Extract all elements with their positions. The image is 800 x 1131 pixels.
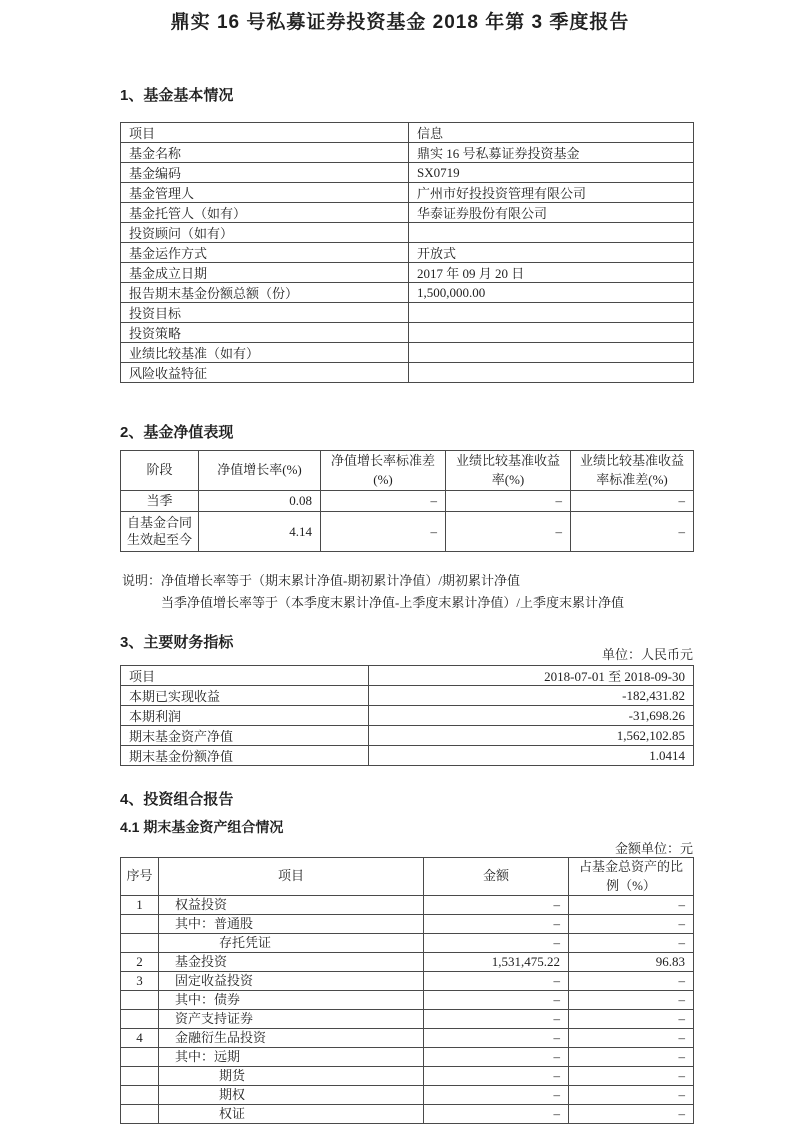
cell-value: 1.0414 bbox=[369, 746, 694, 766]
cell-label: 本期利润 bbox=[121, 706, 369, 726]
cell-item: 固定收益投资 bbox=[159, 972, 424, 991]
nav-note: 说明： 净值增长率等于（期末累计净值-期初累计净值）/期初累计净值 当季净值增长… bbox=[122, 570, 624, 614]
currency-unit-label: 单位：人民币元 bbox=[602, 644, 693, 663]
column-header: 业绩比较基准收益率标准差(%) bbox=[571, 451, 694, 491]
cell-value bbox=[409, 223, 694, 243]
portfolio-composition-table: 序号 项目 金额 占基金总资产的比例（%） 1权益投资–– 其中：普通股–– 存… bbox=[120, 857, 694, 1124]
report-page: { "page": { "title": "鼎实 16 号私募证券投资基金 20… bbox=[0, 0, 800, 1131]
table-row: 投资目标 bbox=[121, 303, 694, 323]
cell-benchmark-std: – bbox=[571, 512, 694, 552]
cell-no bbox=[121, 991, 159, 1010]
cell-value: 鼎实 16 号私募证券投资基金 bbox=[409, 143, 694, 163]
column-header: 净值增长率(%) bbox=[199, 451, 321, 491]
table-row: 期末基金份额净值1.0414 bbox=[121, 746, 694, 766]
cell-no bbox=[121, 1067, 159, 1086]
cell-no bbox=[121, 1048, 159, 1067]
table-row: 项目2018-07-01 至 2018-09-30 bbox=[121, 666, 694, 686]
section-4-1-subheading: 4.1 期末基金资产组合情况 bbox=[120, 817, 283, 837]
cell-item: 其中：债券 bbox=[159, 991, 424, 1010]
cell-no bbox=[121, 915, 159, 934]
cell-no bbox=[121, 1010, 159, 1029]
cell-ratio: – bbox=[569, 1048, 694, 1067]
amount-unit-label: 金额单位：元 bbox=[615, 838, 693, 857]
cell-item: 期货 bbox=[159, 1067, 424, 1086]
cell-no bbox=[121, 1105, 159, 1124]
table-row: 存托凭证–– bbox=[121, 934, 694, 953]
cell-item: 权证 bbox=[159, 1105, 424, 1124]
table-row: 业绩比较基准（如有） bbox=[121, 343, 694, 363]
cell-value: 信息 bbox=[409, 123, 694, 143]
cell-item: 其中：普通股 bbox=[159, 915, 424, 934]
cell-no: 4 bbox=[121, 1029, 159, 1048]
cell-item: 存托凭证 bbox=[159, 934, 424, 953]
table-row: 风险收益特征 bbox=[121, 363, 694, 383]
nav-performance-table: 阶段 净值增长率(%) 净值增长率标准差(%) 业绩比较基准收益率(%) 业绩比… bbox=[120, 450, 694, 552]
section-1-heading: 1、基金基本情况 bbox=[120, 84, 233, 105]
column-header: 净值增长率标准差(%) bbox=[321, 451, 446, 491]
cell-growth: 0.08 bbox=[199, 491, 321, 512]
cell-item: 资产支持证券 bbox=[159, 1010, 424, 1029]
cell-ratio: – bbox=[569, 1067, 694, 1086]
cell-amount: – bbox=[424, 972, 569, 991]
table-row: 期末基金资产净值1,562,102.85 bbox=[121, 726, 694, 746]
cell-item: 其中：远期 bbox=[159, 1048, 424, 1067]
table-header-row: 序号 项目 金额 占基金总资产的比例（%） bbox=[121, 858, 694, 896]
column-header: 金额 bbox=[424, 858, 569, 896]
table-row: 其中：债券–– bbox=[121, 991, 694, 1010]
table-row: 其中：普通股–– bbox=[121, 915, 694, 934]
cell-value: 2017 年 09 月 20 日 bbox=[409, 263, 694, 283]
cell-amount: – bbox=[424, 1048, 569, 1067]
cell-label: 报告期末基金份额总额（份） bbox=[121, 283, 409, 303]
cell-label: 本期已实现收益 bbox=[121, 686, 369, 706]
cell-value: SX0719 bbox=[409, 163, 694, 183]
cell-label: 基金名称 bbox=[121, 143, 409, 163]
cell-amount: – bbox=[424, 915, 569, 934]
table-row: 基金编码SX0719 bbox=[121, 163, 694, 183]
section-3-heading: 3、主要财务指标 bbox=[120, 631, 233, 652]
column-header: 阶段 bbox=[121, 451, 199, 491]
cell-std: – bbox=[321, 512, 446, 552]
cell-label: 基金托管人（如有） bbox=[121, 203, 409, 223]
table-row: 期货–– bbox=[121, 1067, 694, 1086]
cell-value: -182,431.82 bbox=[369, 686, 694, 706]
table-row: 基金托管人（如有）华泰证券股份有限公司 bbox=[121, 203, 694, 223]
cell-stage: 自基金合同生效起至今 bbox=[121, 512, 199, 552]
cell-benchmark: – bbox=[446, 512, 571, 552]
cell-item: 权益投资 bbox=[159, 896, 424, 915]
cell-ratio: – bbox=[569, 934, 694, 953]
cell-benchmark: – bbox=[446, 491, 571, 512]
cell-ratio: – bbox=[569, 896, 694, 915]
cell-item: 期权 bbox=[159, 1086, 424, 1105]
cell-value bbox=[409, 343, 694, 363]
cell-amount: – bbox=[424, 991, 569, 1010]
cell-ratio: – bbox=[569, 915, 694, 934]
table-row: 当季 0.08 – – – bbox=[121, 491, 694, 512]
cell-label: 投资顾问（如有） bbox=[121, 223, 409, 243]
cell-value: 2018-07-01 至 2018-09-30 bbox=[369, 666, 694, 686]
cell-ratio: – bbox=[569, 1029, 694, 1048]
table-row: 3固定收益投资–– bbox=[121, 972, 694, 991]
table-row: 报告期末基金份额总额（份）1,500,000.00 bbox=[121, 283, 694, 303]
column-header: 项目 bbox=[159, 858, 424, 896]
cell-amount: – bbox=[424, 1010, 569, 1029]
column-header: 序号 bbox=[121, 858, 159, 896]
table-row: 本期已实现收益-182,431.82 bbox=[121, 686, 694, 706]
cell-amount: – bbox=[424, 934, 569, 953]
cell-label: 投资目标 bbox=[121, 303, 409, 323]
cell-value: 开放式 bbox=[409, 243, 694, 263]
cell-value bbox=[409, 323, 694, 343]
table-row: 项目信息 bbox=[121, 123, 694, 143]
report-title: 鼎实 16 号私募证券投资基金 2018 年第 3 季度报告 bbox=[0, 7, 800, 34]
table-row: 本期利润-31,698.26 bbox=[121, 706, 694, 726]
column-header: 业绩比较基准收益率(%) bbox=[446, 451, 571, 491]
cell-label: 风险收益特征 bbox=[121, 363, 409, 383]
table-row: 基金成立日期2017 年 09 月 20 日 bbox=[121, 263, 694, 283]
cell-amount: – bbox=[424, 1029, 569, 1048]
note-lines: 净值增长率等于（期末累计净值-期初累计净值）/期初累计净值 当季净值增长率等于（… bbox=[161, 570, 624, 614]
table-row: 期权–– bbox=[121, 1086, 694, 1105]
table-row: 权证–– bbox=[121, 1105, 694, 1124]
cell-ratio: – bbox=[569, 1010, 694, 1029]
cell-no: 2 bbox=[121, 953, 159, 972]
cell-ratio: 96.83 bbox=[569, 953, 694, 972]
cell-label: 期末基金资产净值 bbox=[121, 726, 369, 746]
note-label: 说明： bbox=[122, 570, 161, 614]
table-row: 基金管理人广州市好投投资管理有限公司 bbox=[121, 183, 694, 203]
table-row: 1权益投资–– bbox=[121, 896, 694, 915]
cell-amount: – bbox=[424, 896, 569, 915]
financial-indicators-table: 项目2018-07-01 至 2018-09-30 本期已实现收益-182,43… bbox=[120, 665, 694, 766]
cell-label: 项目 bbox=[121, 666, 369, 686]
cell-label: 基金管理人 bbox=[121, 183, 409, 203]
cell-amount: 1,531,475.22 bbox=[424, 953, 569, 972]
cell-item: 金融衍生品投资 bbox=[159, 1029, 424, 1048]
table-row: 4金融衍生品投资–– bbox=[121, 1029, 694, 1048]
section-4-heading: 4、投资组合报告 bbox=[120, 788, 233, 809]
fund-basic-info-table: 项目信息 基金名称鼎实 16 号私募证券投资基金 基金编码SX0719 基金管理… bbox=[120, 122, 694, 383]
table-row: 资产支持证券–– bbox=[121, 1010, 694, 1029]
cell-amount: – bbox=[424, 1105, 569, 1124]
cell-label: 基金运作方式 bbox=[121, 243, 409, 263]
cell-stage: 当季 bbox=[121, 491, 199, 512]
cell-no: 1 bbox=[121, 896, 159, 915]
cell-value: -31,698.26 bbox=[369, 706, 694, 726]
cell-ratio: – bbox=[569, 1086, 694, 1105]
cell-ratio: – bbox=[569, 1105, 694, 1124]
cell-growth: 4.14 bbox=[199, 512, 321, 552]
cell-value bbox=[409, 303, 694, 323]
cell-label: 期末基金份额净值 bbox=[121, 746, 369, 766]
cell-no: 3 bbox=[121, 972, 159, 991]
cell-no bbox=[121, 1086, 159, 1105]
cell-label: 基金成立日期 bbox=[121, 263, 409, 283]
table-row: 基金运作方式开放式 bbox=[121, 243, 694, 263]
cell-label: 投资策略 bbox=[121, 323, 409, 343]
cell-item: 基金投资 bbox=[159, 953, 424, 972]
section-2-heading: 2、基金净值表现 bbox=[120, 421, 233, 442]
note-line: 净值增长率等于（期末累计净值-期初累计净值）/期初累计净值 bbox=[161, 570, 624, 592]
column-header: 占基金总资产的比例（%） bbox=[569, 858, 694, 896]
table-row: 投资策略 bbox=[121, 323, 694, 343]
cell-label: 项目 bbox=[121, 123, 409, 143]
cell-label: 业绩比较基准（如有） bbox=[121, 343, 409, 363]
cell-ratio: – bbox=[569, 972, 694, 991]
cell-label: 基金编码 bbox=[121, 163, 409, 183]
table-row: 2基金投资1,531,475.2296.83 bbox=[121, 953, 694, 972]
table-row: 投资顾问（如有） bbox=[121, 223, 694, 243]
table-header-row: 阶段 净值增长率(%) 净值增长率标准差(%) 业绩比较基准收益率(%) 业绩比… bbox=[121, 451, 694, 491]
table-row: 其中：远期–– bbox=[121, 1048, 694, 1067]
table-row: 基金名称鼎实 16 号私募证券投资基金 bbox=[121, 143, 694, 163]
cell-value: 广州市好投投资管理有限公司 bbox=[409, 183, 694, 203]
cell-std: – bbox=[321, 491, 446, 512]
cell-value: 1,562,102.85 bbox=[369, 726, 694, 746]
cell-no bbox=[121, 934, 159, 953]
cell-ratio: – bbox=[569, 991, 694, 1010]
cell-amount: – bbox=[424, 1086, 569, 1105]
cell-benchmark-std: – bbox=[571, 491, 694, 512]
cell-value: 华泰证券股份有限公司 bbox=[409, 203, 694, 223]
cell-value bbox=[409, 363, 694, 383]
cell-amount: – bbox=[424, 1067, 569, 1086]
cell-value: 1,500,000.00 bbox=[409, 283, 694, 303]
table-row: 自基金合同生效起至今 4.14 – – – bbox=[121, 512, 694, 552]
note-line: 当季净值增长率等于（本季度末累计净值-上季度末累计净值）/上季度末累计净值 bbox=[161, 592, 624, 614]
